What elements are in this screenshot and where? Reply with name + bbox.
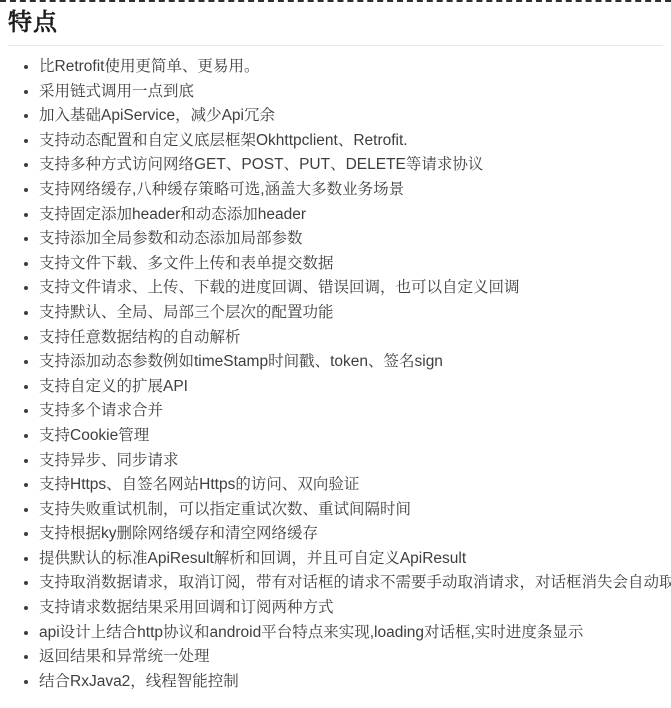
feature-item: 支持取消数据请求，取消订阅，带有对话框的请求不需要手动取消请求，对话框消失会自动… [39,571,663,596]
feature-item: 支持自定义的扩展API [39,375,663,400]
feature-item: api设计上结合http协议和android平台特点来实现,loading对话框… [39,621,663,646]
feature-item: 支持Cookie管理 [39,424,663,449]
feature-item: 加入基础ApiService，减少Api冗余 [39,104,663,129]
feature-item: 返回结果和异常统一处理 [39,645,663,670]
feature-item: 支持根据ky删除网络缓存和清空网络缓存 [39,522,663,547]
feature-item: 支持Https、自签名网站Https的访问、双向验证 [39,473,663,498]
feature-item: 支持请求数据结果采用回调和订阅两种方式 [39,596,663,621]
feature-item: 支持多个请求合并 [39,399,663,424]
feature-item: 支持固定添加header和动态添加header [39,203,663,228]
feature-item: 支持默认、全局、局部三个层次的配置功能 [39,301,663,326]
feature-item: 支持异步、同步请求 [39,449,663,474]
page-title: 特点 [8,7,663,46]
feature-item: 支持网络缓存,八种缓存策略可选,涵盖大多数业务场景 [39,178,663,203]
feature-item: 支持文件请求、上传、下载的进度回调、错误回调，也可以自定义回调 [39,276,663,301]
feature-item: 支持失败重试机制，可以指定重试次数、重试间隔时间 [39,498,663,523]
feature-item: 结合RxJava2，线程智能控制 [39,670,663,695]
feature-item: 支持动态配置和自定义底层框架Okhttpclient、Retrofit. [39,129,663,154]
feature-item: 支持多种方式访问网络GET、POST、PUT、DELETE等请求协议 [39,153,663,178]
feature-item: 支持添加动态参数例如timeStamp时间戳、token、签名sign [39,350,663,375]
feature-item: 支持文件下载、多文件上传和表单提交数据 [39,252,663,277]
feature-item: 比Retrofit使用更简单、更易用。 [39,55,663,80]
feature-list: 比Retrofit使用更简单、更易用。采用链式调用一点到底加入基础ApiServ… [8,55,663,694]
feature-item: 支持任意数据结构的自动解析 [39,326,663,351]
document-body: 特点 比Retrofit使用更简单、更易用。采用链式调用一点到底加入基础ApiS… [0,2,671,694]
feature-item: 采用链式调用一点到底 [39,80,663,105]
feature-item: 提供默认的标准ApiResult解析和回调，并且可自定义ApiResult [39,547,663,572]
feature-item: 支持添加全局参数和动态添加局部参数 [39,227,663,252]
